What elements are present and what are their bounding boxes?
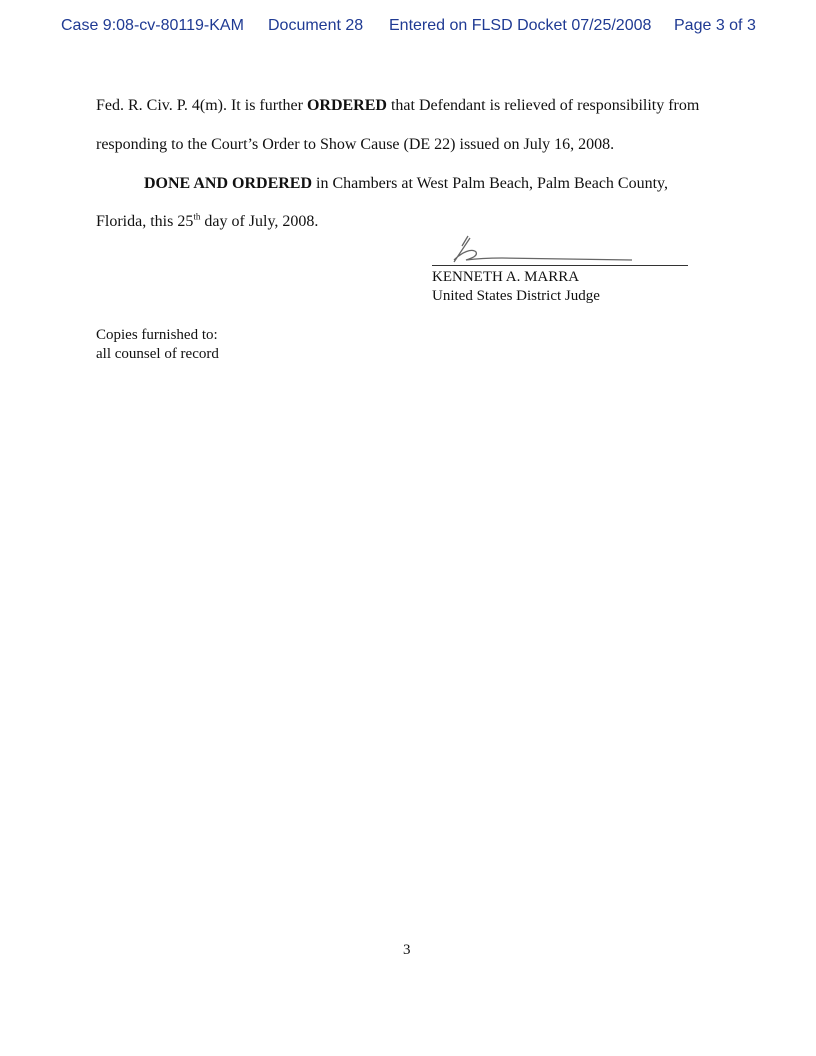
order-line-3: DONE AND ORDERED in Chambers at West Pal… bbox=[144, 175, 668, 193]
text: Fed. R. Civ. P. 4(m). It is further bbox=[96, 97, 307, 114]
case-number: Case 9:08-cv-80119-KAM bbox=[61, 17, 244, 35]
text: day of July, 2008. bbox=[200, 213, 318, 230]
copies-furnished: Copies furnished to: all counsel of reco… bbox=[96, 326, 219, 364]
page-number: 3 bbox=[403, 942, 411, 959]
judge-block: KENNETH A. MARRA United States District … bbox=[432, 268, 600, 306]
ordered-bold: ORDERED bbox=[307, 97, 387, 114]
order-line-2: responding to the Court’s Order to Show … bbox=[96, 136, 614, 154]
copies-label: Copies furnished to: bbox=[96, 326, 219, 345]
done-and-ordered-bold: DONE AND ORDERED bbox=[144, 175, 312, 192]
page-indicator: Page 3 of 3 bbox=[674, 17, 756, 35]
text: that Defendant is relieved of responsibi… bbox=[387, 97, 699, 114]
signature-line bbox=[432, 265, 688, 266]
judge-name: KENNETH A. MARRA bbox=[432, 268, 600, 287]
document-number: Document 28 bbox=[268, 17, 363, 35]
docket-entry-date: Entered on FLSD Docket 07/25/2008 bbox=[389, 17, 651, 35]
text: Florida, this 25 bbox=[96, 213, 193, 230]
text: in Chambers at West Palm Beach, Palm Bea… bbox=[312, 175, 668, 192]
judge-title: United States District Judge bbox=[432, 287, 600, 306]
copies-recipients: all counsel of record bbox=[96, 345, 219, 364]
order-line-4: Florida, this 25th day of July, 2008. bbox=[96, 213, 318, 231]
signature-image bbox=[432, 232, 688, 268]
order-line-1: Fed. R. Civ. P. 4(m). It is further ORDE… bbox=[96, 97, 699, 115]
